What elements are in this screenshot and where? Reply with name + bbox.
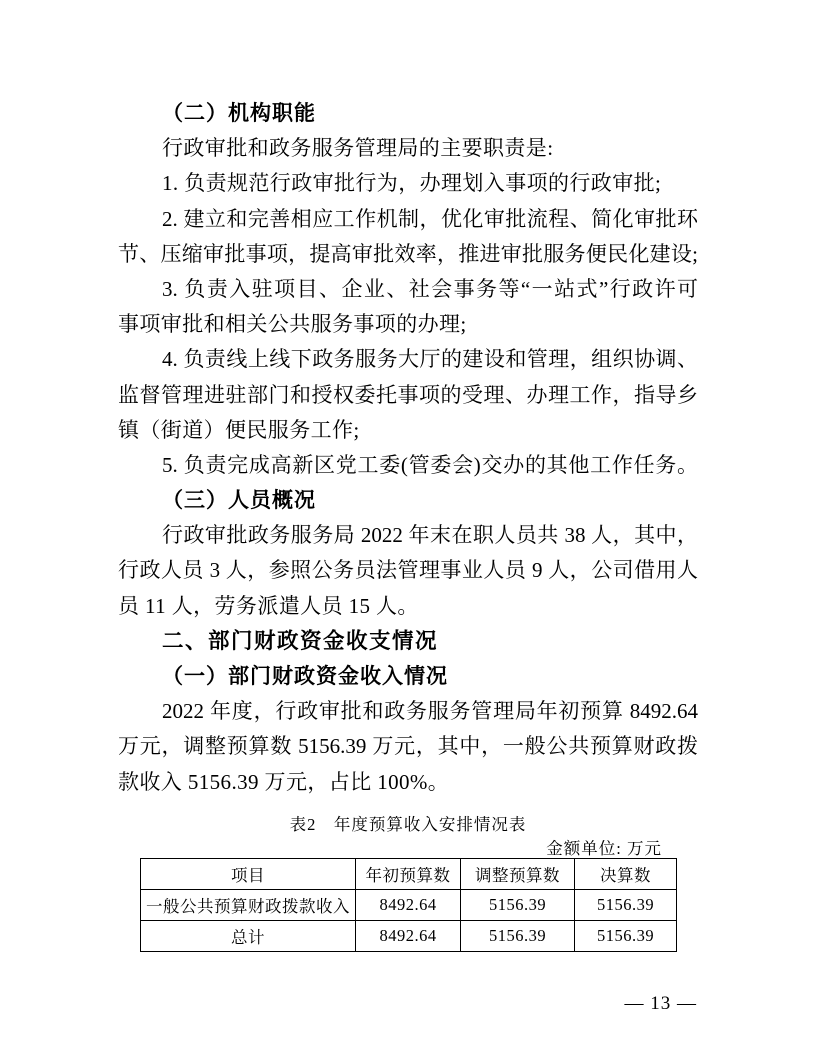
table-cell-item: 一般公共预算财政拨款收入	[141, 890, 356, 921]
page-number: — 13 —	[625, 992, 698, 1016]
table-cell-item: 总计	[141, 921, 356, 952]
line-income-1: 2022 年度，行政审批和政务服务管理局年初预算 8492.64	[118, 694, 698, 729]
table-header-final: 决算数	[575, 859, 677, 890]
heading-org-functions: （二）机构职能	[118, 96, 698, 131]
line-duty-4c: 镇（街道）便民服务工作;	[118, 413, 698, 448]
line-main-duties-intro: 行政审批和政务服务管理局的主要职责是:	[118, 131, 698, 166]
table-cell-final: 5156.39	[575, 890, 677, 921]
table-header-adjusted: 调整预算数	[461, 859, 575, 890]
table-header-row: 项目 年初预算数 调整预算数 决算数	[141, 859, 677, 890]
line-duty-4b: 监督管理进驻部门和授权委托事项的受理、办理工作，指导乡	[118, 378, 698, 413]
document-body: （二）机构职能 行政审批和政务服务管理局的主要职责是: 1. 负责规范行政审批行…	[118, 96, 698, 800]
line-duty-1: 1. 负责规范行政审批行为，办理划入事项的行政审批;	[118, 166, 698, 201]
table-cell-initial: 8492.64	[356, 921, 461, 952]
table-header-initial: 年初预算数	[356, 859, 461, 890]
table-caption: 表2 年度预算收入安排情况表	[140, 813, 676, 837]
line-duty-2b: 节、压缩审批事项，提高审批效率，推进审批服务便民化建设;	[118, 237, 698, 272]
line-personnel-2: 行政人员 3 人，参照公务员法管理事业人员 9 人，公司借用人	[118, 553, 698, 588]
line-duty-5: 5. 负责完成高新区党工委(管委会)交办的其他工作任务。	[118, 448, 698, 483]
table-cell-adjusted: 5156.39	[461, 921, 575, 952]
document-page: （二）机构职能 行政审批和政务服务管理局的主要职责是: 1. 负责规范行政审批行…	[0, 0, 816, 1056]
table-header-item: 项目	[141, 859, 356, 890]
table-cell-adjusted: 5156.39	[461, 890, 575, 921]
table-unit-note: 金额单位: 万元	[140, 839, 662, 858]
table-row: 一般公共预算财政拨款收入 8492.64 5156.39 5156.39	[141, 890, 677, 921]
heading-fiscal-overview: 二、部门财政资金收支情况	[118, 624, 698, 659]
line-duty-4a: 4. 负责线上线下政务服务大厅的建设和管理，组织协调、	[118, 342, 698, 377]
line-income-2: 万元，调整预算数 5156.39 万元，其中，一般公共预算财政拨	[118, 729, 698, 764]
line-duty-2a: 2. 建立和完善相应工作机制，优化审批流程、简化审批环	[118, 202, 698, 237]
line-personnel-3: 员 11 人，劳务派遣人员 15 人。	[118, 589, 698, 624]
table-cell-final: 5156.39	[575, 921, 677, 952]
line-duty-3a: 3. 负责入驻项目、企业、社会事务等“一站式”行政许可	[118, 272, 698, 307]
line-duty-3b: 事项审批和相关公共服务事项的办理;	[118, 307, 698, 342]
table-cell-initial: 8492.64	[356, 890, 461, 921]
line-income-3: 款收入 5156.39 万元，占比 100%。	[118, 765, 698, 800]
line-personnel-1: 行政审批政务服务局 2022 年末在职人员共 38 人，其中，	[118, 518, 698, 553]
table-row: 总计 8492.64 5156.39 5156.39	[141, 921, 677, 952]
budget-income-table: 项目 年初预算数 调整预算数 决算数 一般公共预算财政拨款收入 8492.64 …	[140, 858, 677, 952]
heading-fiscal-income: （一）部门财政资金收入情况	[118, 659, 698, 694]
heading-personnel-overview: （三）人员概况	[118, 483, 698, 518]
